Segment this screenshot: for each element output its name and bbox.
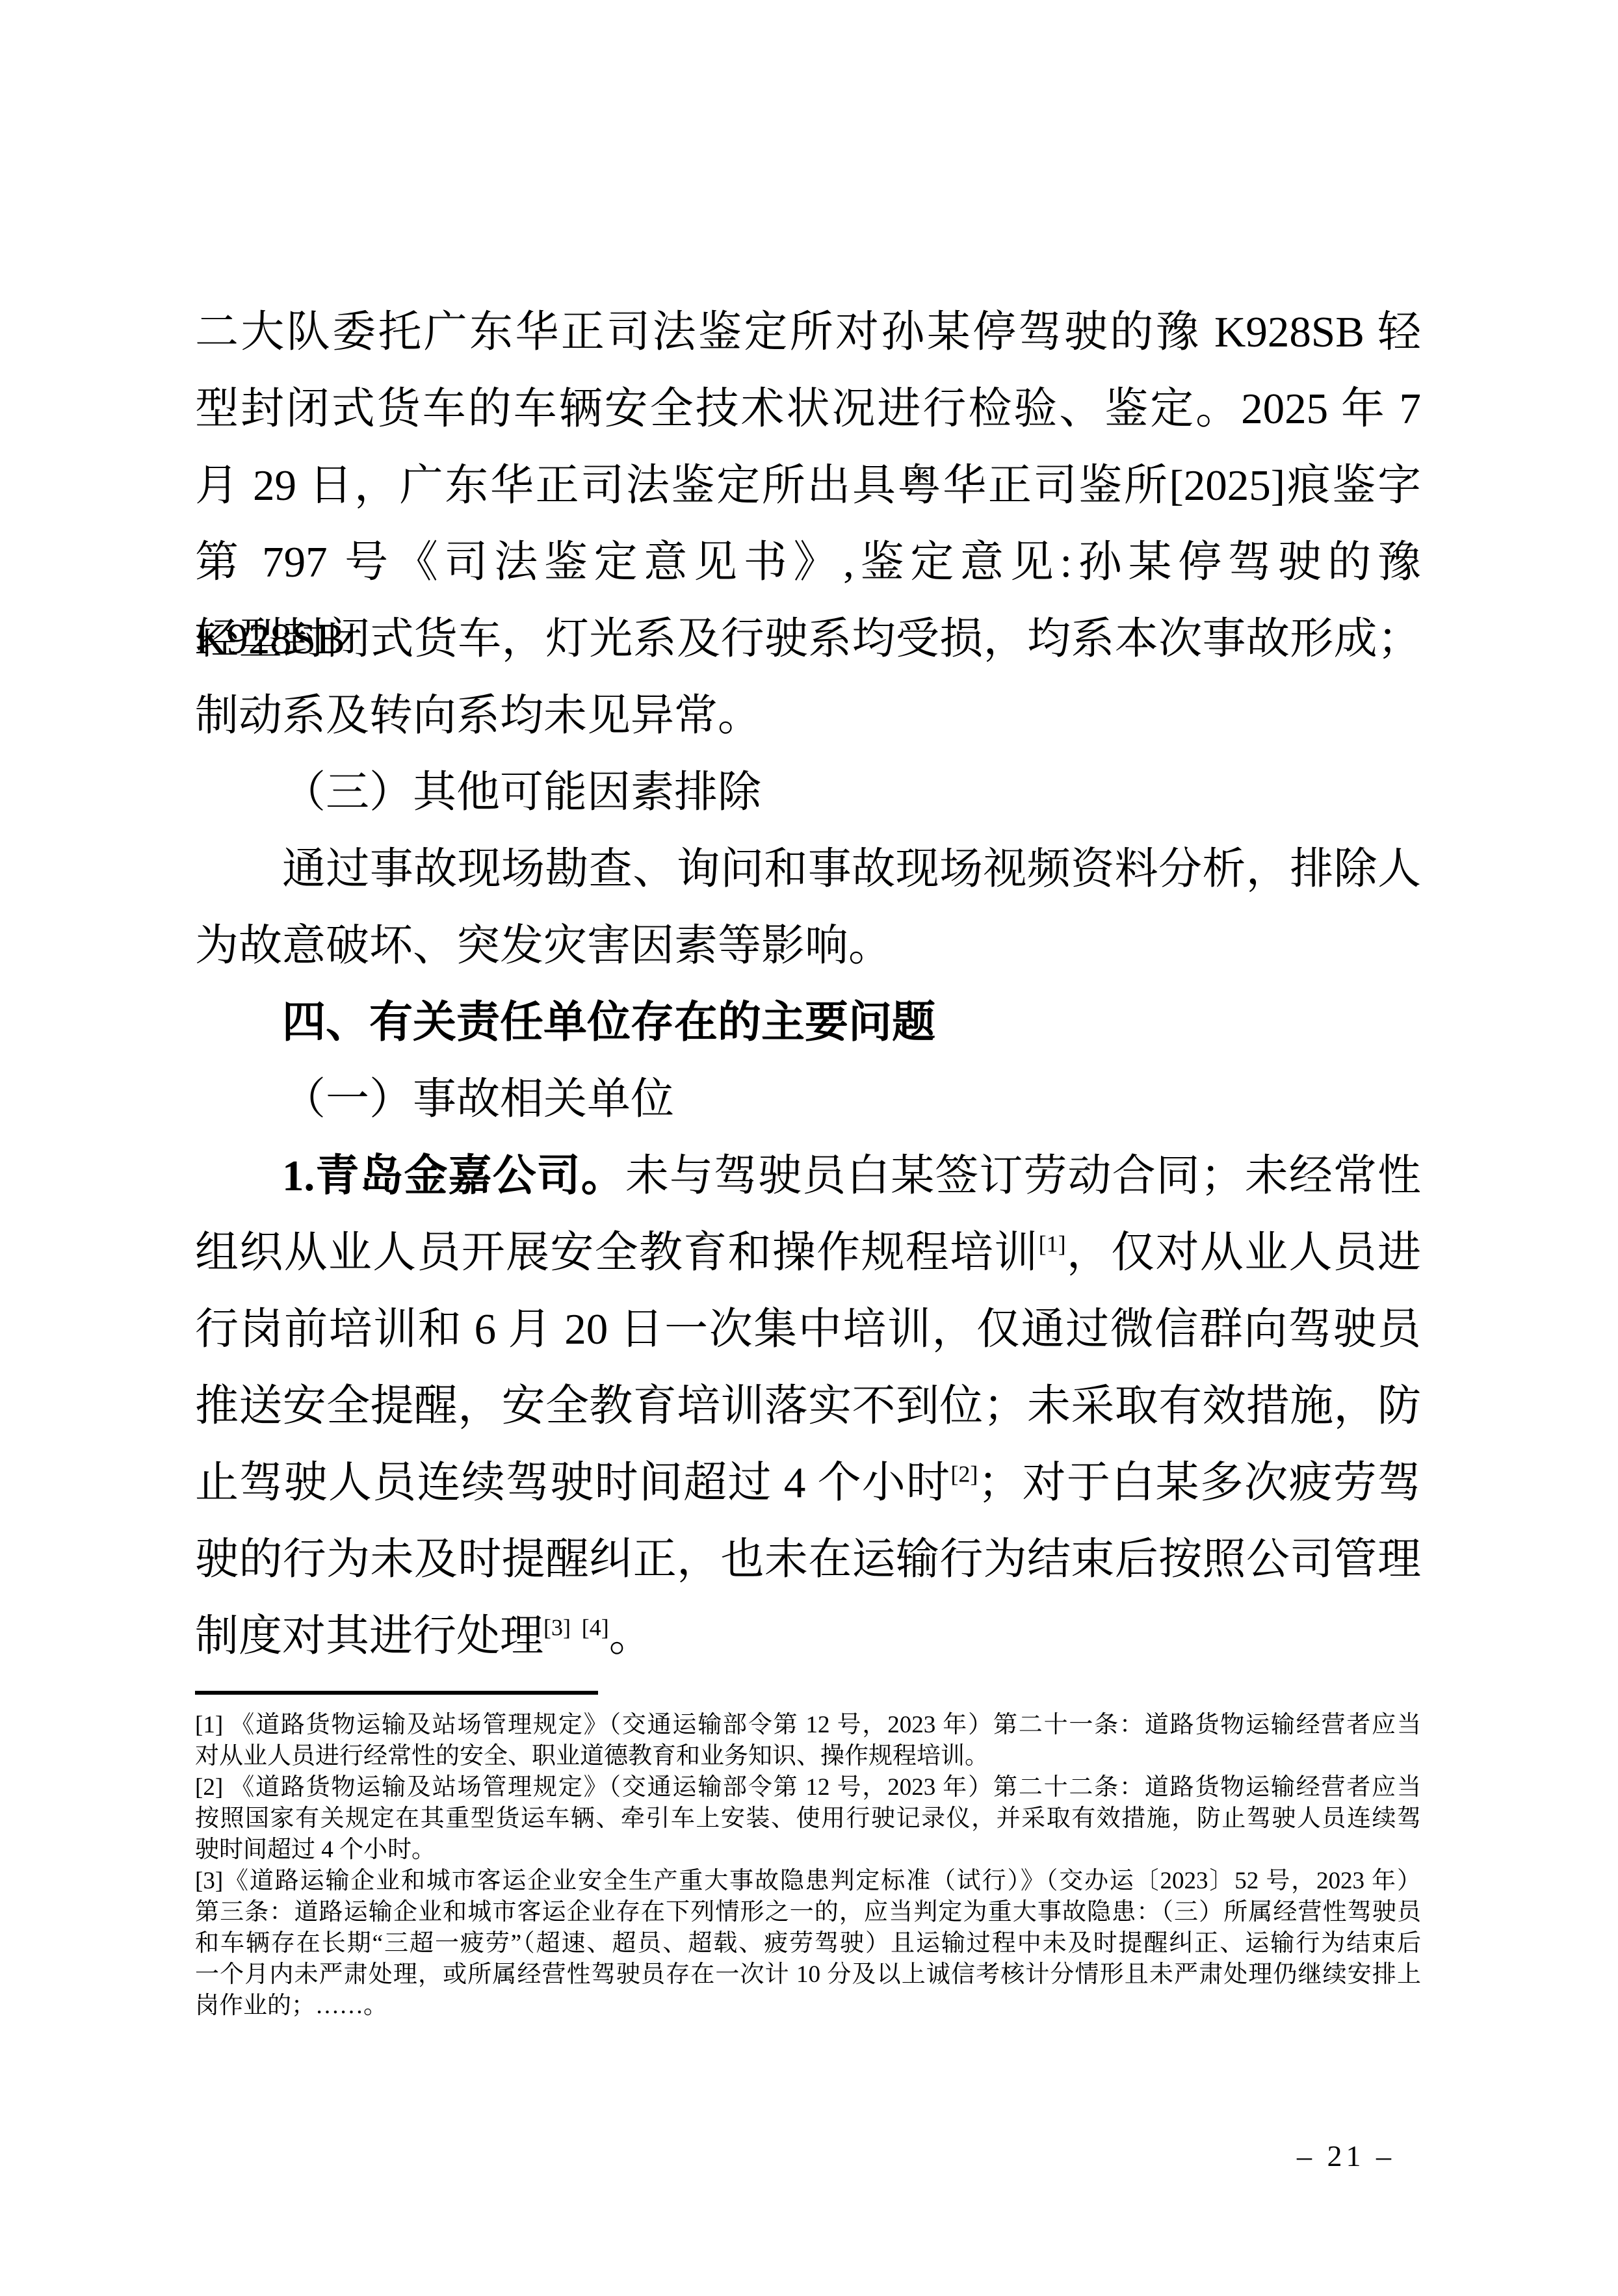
page-number: – 21 –: [1297, 2139, 1395, 2173]
text-line: 制动系及转向系均未见异常。: [195, 677, 1421, 754]
footnote-line: 和车辆存在长期“三超一疲劳”（超速、超员、超载、疲劳驾驶）且运输过程中未及时提醒…: [195, 1928, 1421, 1959]
text-segment: 组织从业人员开展安全教育和操作规程培训: [195, 1229, 1039, 1277]
text-segment: 。: [609, 1612, 653, 1660]
footnotes-block: [1] 《道路货物运输及站场管理规定》（交通运输部令第 12 号，2023 年）…: [195, 1710, 1421, 2022]
text-segment: 驶的行为未及时提醒纠正，也未在运输行为结束后按照公司管理: [195, 1535, 1421, 1584]
text-line: （三）其他可能因素排除: [195, 754, 1421, 831]
bold-text: 1.青岛金嘉公司。: [282, 1152, 625, 1200]
body-text-block: 二大队委托广东华正司法鉴定所对孙某停驾驶的豫 K928SB 轻型封闭式货车的车辆…: [195, 294, 1421, 1675]
footnote-line: 对从业人员进行经常性的安全、职业道德教育和业务知识、操作规程培训。: [195, 1741, 1421, 1772]
text-segment: 制度对其进行处理: [195, 1612, 543, 1660]
footnote-separator: [195, 1691, 598, 1695]
text-line: 制度对其进行处理[3] [4]。: [195, 1598, 1421, 1675]
bold-text: 四、有关责任单位存在的主要问题: [282, 998, 935, 1047]
text-line: 行岗前培训和 6 月 20 日一次集中培训，仅通过微信群向驾驶员: [195, 1291, 1421, 1368]
text-segment: 月 29 日，广东华正司法鉴定所出具粤华正司鉴所[2025]痕鉴字: [195, 462, 1421, 510]
text-line: 月 29 日，广东华正司法鉴定所出具粤华正司鉴所[2025]痕鉴字: [195, 447, 1421, 524]
text-line: 通过事故现场勘查、询问和事故现场视频资料分析，排除人: [195, 831, 1421, 907]
text-line: 推送安全提醒，安全教育培训落实不到位；未采取有效措施，防: [195, 1368, 1421, 1444]
text-segment: ；对于白某多次疲劳驾: [978, 1459, 1421, 1507]
text-segment: 制动系及转向系均未见异常。: [195, 692, 761, 740]
text-line: 为故意破坏、突发灾害因素等影响。: [195, 907, 1421, 984]
document-page: 二大队委托广东华正司法鉴定所对孙某停驾驶的豫 K928SB 轻型封闭式货车的车辆…: [0, 0, 1618, 2296]
text-line: 第 797 号《司法鉴定意见书》,鉴定意见:孙某停驾驶的豫 K928SB: [195, 524, 1421, 601]
text-segment: 轻型封闭式货车，灯光系及行驶系均受损，均系本次事故形成；: [195, 615, 1421, 663]
superscript-ref: [3]: [543, 1615, 571, 1641]
footnote-line: 第三条：道路运输企业和城市客运企业存在下列情形之一的，应当判定为重大事故隐患：（…: [195, 1897, 1421, 1928]
text-segment: 通过事故现场勘查、询问和事故现场视频资料分析，排除人: [282, 845, 1421, 893]
text-line: （一）事故相关单位: [195, 1061, 1421, 1138]
text-segment: 二大队委托广东华正司法鉴定所对孙某停驾驶的豫 K928SB 轻: [195, 308, 1421, 356]
text-segment: 型封闭式货车的车辆安全技术状况进行检验、鉴定。2025 年 7: [195, 385, 1421, 433]
text-segment: 为故意破坏、突发灾害因素等影响。: [195, 922, 892, 970]
text-line: 型封闭式货车的车辆安全技术状况进行检验、鉴定。2025 年 7: [195, 371, 1421, 447]
footnote-line: [2] 《道路货物运输及站场管理规定》（交通运输部令第 12 号，2023 年）…: [195, 1772, 1421, 1803]
footnote-line: 岗作业的；……。: [195, 1990, 1421, 2022]
text-segment: ，仅对从业人员进: [1066, 1229, 1421, 1277]
text-segment: （一）事故相关单位: [282, 1075, 674, 1123]
text-line: 1.青岛金嘉公司。未与驾驶员白某签订劳动合同；未经常性: [195, 1138, 1421, 1214]
footnote-line: [3]《道路运输企业和城市客运企业安全生产重大事故隐患判定标准（试行）》（交办运…: [195, 1866, 1421, 1897]
text-segment: （三）其他可能因素排除: [282, 768, 761, 816]
text-line: 轻型封闭式货车，灯光系及行驶系均受损，均系本次事故形成；: [195, 601, 1421, 677]
text-line: 组织从业人员开展安全教育和操作规程培训[1]，仅对从业人员进: [195, 1214, 1421, 1291]
text-segment: 未与驾驶员白某签订劳动合同；未经常性: [625, 1152, 1421, 1200]
text-segment: [571, 1612, 582, 1660]
footnote-line: 驶时间超过 4 个小时。: [195, 1834, 1421, 1866]
text-line: 止驾驶人员连续驾驶时间超过 4 个小时[2]；对于白某多次疲劳驾: [195, 1444, 1421, 1521]
text-line: 驶的行为未及时提醒纠正，也未在运输行为结束后按照公司管理: [195, 1521, 1421, 1598]
text-line: 四、有关责任单位存在的主要问题: [195, 984, 1421, 1061]
text-segment: 推送安全提醒，安全教育培训落实不到位；未采取有效措施，防: [195, 1382, 1421, 1430]
superscript-ref: [1]: [1039, 1231, 1066, 1257]
text-segment: 行岗前培训和 6 月 20 日一次集中培训，仅通过微信群向驾驶员: [195, 1305, 1421, 1353]
text-line: 二大队委托广东华正司法鉴定所对孙某停驾驶的豫 K928SB 轻: [195, 294, 1421, 371]
superscript-ref: [4]: [582, 1615, 609, 1641]
superscript-ref: [2]: [950, 1461, 978, 1487]
footnote-line: [1] 《道路货物运输及站场管理规定》（交通运输部令第 12 号，2023 年）…: [195, 1710, 1421, 1741]
text-segment: 止驾驶人员连续驾驶时间超过 4 个小时: [195, 1459, 950, 1507]
footnote-line: 一个月内未严肃处理，或所属经营性驾驶员存在一次计 10 分及以上诚信考核计分情形…: [195, 1959, 1421, 1990]
footnote-line: 按照国家有关规定在其重型货运车辆、牵引车上安装、使用行驶记录仪，并采取有效措施，…: [195, 1803, 1421, 1834]
